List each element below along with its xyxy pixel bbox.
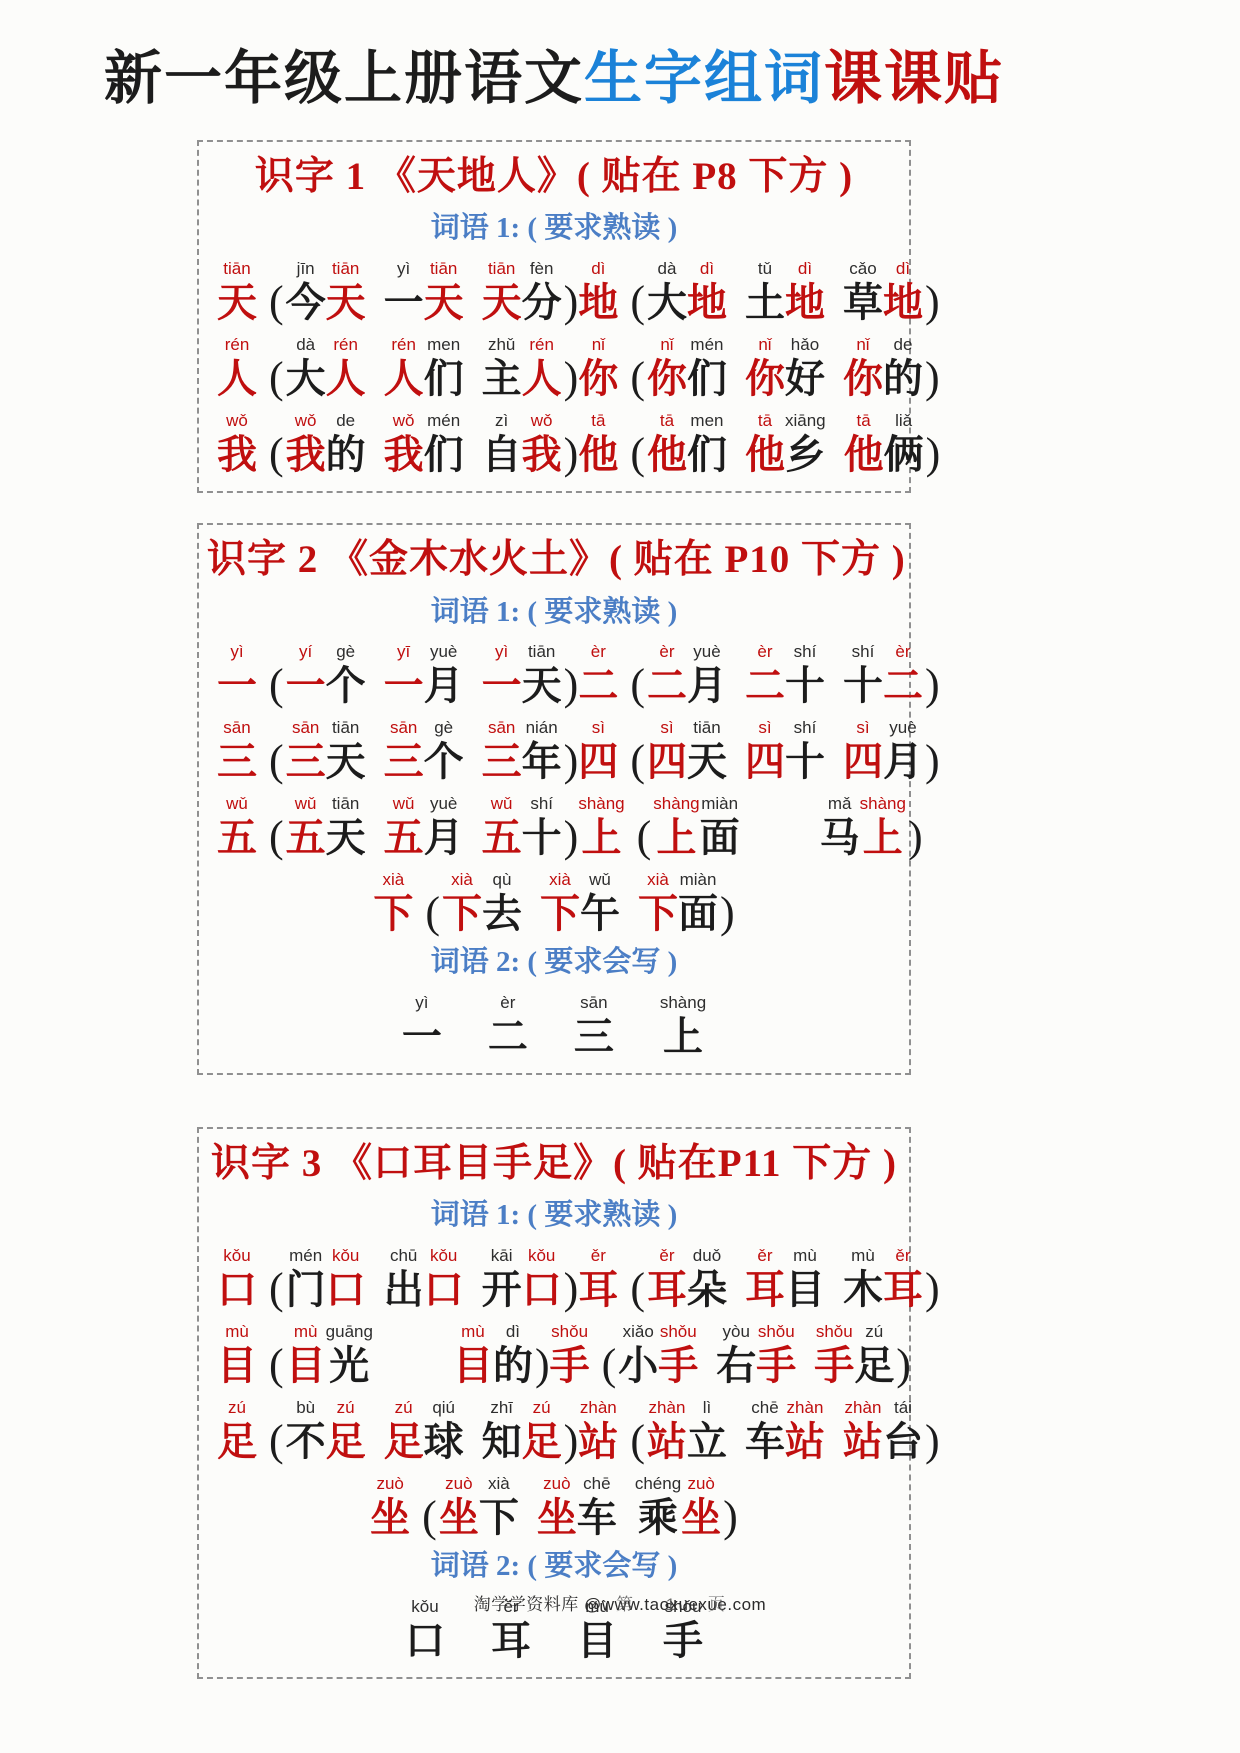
character: 天 xyxy=(326,736,366,784)
syllable: jīn今 xyxy=(286,253,326,325)
syllable: èr二 xyxy=(488,987,528,1059)
close-paren: ) xyxy=(564,814,579,860)
word: zhàn站tái台 xyxy=(843,1392,923,1464)
close-paren: ) xyxy=(564,279,579,325)
pinyin: wǔ xyxy=(295,788,317,812)
character: 五 xyxy=(286,812,326,860)
pinyin: zhàn xyxy=(845,1392,882,1416)
pinyin: chē xyxy=(751,1392,778,1416)
character: 不 xyxy=(286,1416,326,1464)
character: 地 xyxy=(687,277,727,325)
syllable: miàn面 xyxy=(700,788,740,860)
pinyin: tiān xyxy=(332,788,359,812)
character: 人 xyxy=(217,353,257,401)
word: zhǔ主rén人 xyxy=(482,329,562,401)
pinyin: chū xyxy=(390,1240,417,1264)
character: 人 xyxy=(522,353,562,401)
pinyin: tā xyxy=(758,405,772,429)
pinyin: chéng xyxy=(635,1468,681,1492)
syllable: kǒu口 xyxy=(326,1240,366,1312)
pinyin: shí xyxy=(852,636,875,660)
pinyin: shǒu xyxy=(758,1316,795,1340)
syllable: sān三 xyxy=(574,987,614,1059)
word-row: yì一(yí一gè个yī一yuè月yì一tiān天)èr二(èr二yuè月èr二… xyxy=(207,636,901,708)
word: nǐ你hǎo好 xyxy=(745,329,825,401)
syllable: wǒ我 xyxy=(286,405,326,477)
syllable: dì地 xyxy=(785,253,825,325)
pinyin: dì xyxy=(896,253,910,277)
character: 二 xyxy=(745,660,785,708)
syllable: fèn分 xyxy=(522,253,562,325)
character: 右 xyxy=(716,1340,756,1388)
syllable: nián年 xyxy=(522,712,562,784)
character: 自 xyxy=(482,429,522,477)
page-title: 新一年级上册语文生字组词课课贴 xyxy=(0,0,1108,114)
pinyin: èr xyxy=(757,636,772,660)
syllable: rén人 xyxy=(384,329,424,401)
character: 地 xyxy=(578,277,618,325)
pinyin: sì xyxy=(592,712,605,736)
syllable: gè个 xyxy=(424,712,464,784)
word-row: kǒu口(mén门kǒu口chū出kǒu口kāi开kǒu口)ěr耳(ěr耳duǒ… xyxy=(207,1240,901,1312)
character: 口 xyxy=(405,1615,445,1663)
head-syllable: zhàn站 xyxy=(578,1392,618,1464)
syllable: mǎ马 xyxy=(820,788,860,860)
syllable: tiān天 xyxy=(326,712,366,784)
pinyin: nián xyxy=(526,712,558,736)
pinyin: zuò xyxy=(687,1468,714,1492)
syllable: liǎ俩 xyxy=(884,405,924,477)
word: wǒ我mén们 xyxy=(384,405,464,477)
character: 十 xyxy=(522,812,562,860)
character: 门 xyxy=(286,1264,326,1312)
pinyin: zuò xyxy=(445,1468,472,1492)
head-syllable: shǒu手 xyxy=(550,1316,590,1388)
page-title-red: 课课贴 xyxy=(824,46,1004,111)
open-paren: ( xyxy=(630,1418,645,1464)
pinyin: zhàn xyxy=(580,1392,617,1416)
character: 们 xyxy=(687,429,727,477)
pinyin: wǒ xyxy=(393,405,415,429)
syllable: yòu右 xyxy=(716,1316,756,1388)
syllable: nǐ你 xyxy=(843,329,883,401)
pinyin: xià xyxy=(647,864,669,888)
head-syllable: zuò坐 xyxy=(370,1468,410,1540)
pinyin: dà xyxy=(296,329,315,353)
lesson-box-2: 识字 2 《金木水火土》( 贴在 P10 下方 )词语 1: ( 要求熟读 )y… xyxy=(197,523,911,1075)
pinyin: tiān xyxy=(430,253,457,277)
pinyin: shàng xyxy=(660,987,706,1011)
syllable: ěr耳 xyxy=(745,1240,785,1312)
character: 坐 xyxy=(537,1492,577,1540)
word: cǎo草dì地 xyxy=(843,253,923,325)
pinyin: guāng xyxy=(326,1316,373,1340)
word-group: rén人(dà大rén人rén人men们zhǔ主rén人) xyxy=(217,329,578,401)
pinyin: mù xyxy=(225,1316,249,1340)
pinyin: èr xyxy=(659,636,674,660)
pinyin: rén xyxy=(225,329,250,353)
pinyin: kǒu xyxy=(528,1240,555,1264)
character: 四 xyxy=(647,736,687,784)
pinyin: tā xyxy=(660,405,674,429)
syllable: shí十 xyxy=(785,712,825,784)
character: 口 xyxy=(217,1264,257,1312)
character: 十 xyxy=(785,660,825,708)
head-syllable: mù目 xyxy=(217,1316,257,1388)
syllable: xià下 xyxy=(540,864,580,936)
character: 立 xyxy=(687,1416,727,1464)
pinyin: tā xyxy=(591,405,605,429)
character: 五 xyxy=(384,812,424,860)
syllable: shǒu手 xyxy=(658,1316,698,1388)
syllable: nǐ你 xyxy=(647,329,687,401)
close-paren: ) xyxy=(535,1342,550,1388)
syllable: rén人 xyxy=(522,329,562,401)
close-paren: ) xyxy=(925,662,940,708)
close-paren: ) xyxy=(926,431,941,477)
pinyin: nǐ xyxy=(592,329,605,353)
word: sān三gè个 xyxy=(384,712,464,784)
pinyin: nǐ xyxy=(660,329,673,353)
lesson-title: 识字 2 《金木水火土》( 贴在 P10 下方 ) xyxy=(207,535,901,586)
close-paren: ) xyxy=(925,738,940,784)
word: nǐ你de的 xyxy=(843,329,923,401)
word: èr二shí十 xyxy=(745,636,825,708)
syllable: lì立 xyxy=(687,1392,727,1464)
pinyin: zú xyxy=(337,1392,355,1416)
character: 我 xyxy=(522,429,562,477)
word-group: xià下(xià下qù去xià下wǔ午xià下miàn面) xyxy=(373,864,734,936)
character: 十 xyxy=(785,736,825,784)
syllable: èr二 xyxy=(745,636,785,708)
pinyin: zú xyxy=(533,1392,551,1416)
close-paren: ) xyxy=(564,355,579,401)
character: 二 xyxy=(883,660,923,708)
pinyin: zú xyxy=(865,1316,883,1340)
character: 一 xyxy=(384,660,424,708)
syllable: gè个 xyxy=(326,636,366,708)
character: 他 xyxy=(647,429,687,477)
syllable: tiān天 xyxy=(326,788,366,860)
syllable: zhàn站 xyxy=(843,1392,883,1464)
syllable: cǎo草 xyxy=(843,253,883,325)
read-label: 词语 1: ( 要求熟读 ) xyxy=(207,208,901,249)
character: 他 xyxy=(844,429,884,477)
pinyin: dì xyxy=(700,253,714,277)
character: 坐 xyxy=(681,1492,721,1540)
pinyin: ěr xyxy=(591,1240,606,1264)
pinyin: xià xyxy=(549,864,571,888)
pinyin: wǔ xyxy=(589,864,611,888)
character: 站 xyxy=(647,1416,687,1464)
syllable: zú足 xyxy=(854,1316,894,1388)
write-label: 词语 2: ( 要求会写 ) xyxy=(207,942,901,983)
close-paren: ) xyxy=(723,1494,738,1540)
open-paren: ( xyxy=(269,1342,284,1388)
syllable: zuò坐 xyxy=(439,1468,479,1540)
character: 天 xyxy=(522,660,562,708)
character: 朵 xyxy=(687,1264,727,1312)
character: 二 xyxy=(488,1011,528,1059)
syllable: èr二 xyxy=(647,636,687,708)
character: 面 xyxy=(678,888,718,936)
word-group: tiān天(jīn今tiān天yì一tiān天tiān天fèn分) xyxy=(217,253,578,325)
pinyin: yuè xyxy=(693,636,720,660)
word: chū出kǒu口 xyxy=(384,1240,464,1312)
syllable: xiǎo小 xyxy=(618,1316,658,1388)
pinyin: cǎo xyxy=(849,253,876,277)
syllable: hǎo好 xyxy=(785,329,825,401)
pinyin: miàn xyxy=(680,864,717,888)
syllable: tǔ土 xyxy=(745,253,785,325)
character: 天 xyxy=(326,812,366,860)
character: 手 xyxy=(663,1615,703,1663)
pinyin: sì xyxy=(856,712,869,736)
word-group: zú足(bù不zú足zú足qiú球zhī知zú足) xyxy=(217,1392,578,1464)
character: 四 xyxy=(745,736,785,784)
head-syllable: èr二 xyxy=(578,636,618,708)
syllable: shí十 xyxy=(785,636,825,708)
head-syllable: shàng上 xyxy=(578,788,624,860)
syllable: dì的 xyxy=(493,1316,533,1388)
word-row: tiān天(jīn今tiān天yì一tiān天tiān天fèn分)dì地(dà大… xyxy=(207,253,901,325)
character: 俩 xyxy=(884,429,924,477)
word: tā他men们 xyxy=(647,405,727,477)
word-group: dì地(dà大dì地tǔ土dì地cǎo草dì地) xyxy=(578,253,939,325)
character: 人 xyxy=(384,353,424,401)
pinyin: tiān xyxy=(223,253,250,277)
character: 光 xyxy=(329,1340,369,1388)
pinyin: tiān xyxy=(693,712,720,736)
character: 们 xyxy=(424,353,464,401)
pinyin: zhī xyxy=(490,1392,513,1416)
pinyin: shí xyxy=(794,636,817,660)
pinyin: mén xyxy=(427,405,460,429)
open-paren: ( xyxy=(269,431,284,477)
pinyin: shǒu xyxy=(660,1316,697,1340)
lesson-title: 识字 3 《口耳目手足》( 贴在P11 下方 ) xyxy=(207,1139,901,1190)
word: sì四yuè月 xyxy=(843,712,923,784)
word: xià下qù去 xyxy=(442,864,522,936)
word: zuò坐chē车 xyxy=(537,1468,617,1540)
close-paren: ) xyxy=(925,1266,940,1312)
close-paren: ) xyxy=(925,355,940,401)
syllable: wǔ五 xyxy=(286,788,326,860)
pinyin: yí xyxy=(299,636,312,660)
word-row: sān三(sān三tiān天sān三gè个sān三nián年)sì四(sì四ti… xyxy=(207,712,901,784)
word: chē车zhàn站 xyxy=(745,1392,825,1464)
pinyin: wǔ xyxy=(226,788,248,812)
character: 们 xyxy=(687,353,727,401)
head-syllable: dì地 xyxy=(578,253,618,325)
word: mǎ马shàng上 xyxy=(820,788,906,860)
pinyin: yuè xyxy=(889,712,916,736)
syllable: chē车 xyxy=(745,1392,785,1464)
head-syllable: wǔ五 xyxy=(217,788,257,860)
word: rén人men们 xyxy=(384,329,464,401)
pinyin: sì xyxy=(758,712,771,736)
pinyin: èr xyxy=(591,636,606,660)
word: sì四tiān天 xyxy=(647,712,727,784)
character: 目 xyxy=(453,1340,493,1388)
pinyin: yuè xyxy=(430,636,457,660)
syllable: guāng光 xyxy=(326,1316,373,1388)
word: wǔ五tiān天 xyxy=(286,788,366,860)
close-paren: ) xyxy=(564,738,579,784)
word-group: wǔ五(wǔ五tiān天wǔ五yuè月wǔ五shí十) xyxy=(217,788,578,860)
head-syllable: sān三 xyxy=(217,712,257,784)
character: 台 xyxy=(883,1416,923,1464)
character: 天 xyxy=(326,277,366,325)
pinyin: yī xyxy=(397,636,410,660)
character: 手 xyxy=(550,1340,590,1388)
word-group: shàng上(shàng上miàn面mǎ马shàng上) xyxy=(578,788,922,860)
syllable: dì地 xyxy=(687,253,727,325)
pinyin: sān xyxy=(488,712,515,736)
character: 手 xyxy=(814,1340,854,1388)
pinyin: shǒu xyxy=(551,1316,588,1340)
pinyin: zì xyxy=(495,405,508,429)
word: wǔ五shí十 xyxy=(482,788,562,860)
write-row: yì一èr二sān三shàng上 xyxy=(207,987,901,1059)
character: 月 xyxy=(883,736,923,784)
word-group: sì四(sì四tiān天sì四shí十sì四yuè月) xyxy=(578,712,939,784)
syllable: mù目 xyxy=(286,1316,326,1388)
character: 面 xyxy=(700,812,740,860)
pinyin: men xyxy=(427,329,460,353)
word-row: wǒ我(wǒ我de的wǒ我mén们zì自wǒ我)tā他(tā他men们tā他xi… xyxy=(207,405,901,477)
word: chéng乘zuò坐 xyxy=(635,1468,721,1540)
syllable: mén门 xyxy=(286,1240,326,1312)
character: 他 xyxy=(745,429,785,477)
syllable: mén们 xyxy=(424,405,464,477)
character: 木 xyxy=(843,1264,883,1312)
word: mù目guāng光 xyxy=(286,1316,373,1388)
character: 车 xyxy=(745,1416,785,1464)
character: 月 xyxy=(424,812,464,860)
character: 土 xyxy=(745,277,785,325)
syllable: shàng上 xyxy=(660,987,706,1059)
head-syllable: xià下 xyxy=(373,864,413,936)
pinyin: shí xyxy=(794,712,817,736)
character: 的 xyxy=(326,429,366,477)
word: dà大dì地 xyxy=(647,253,727,325)
close-paren: ) xyxy=(564,1418,579,1464)
character: 下 xyxy=(442,888,482,936)
pinyin: sān xyxy=(580,987,607,1011)
word-group: zhàn站(zhàn站lì立chē车zhàn站zhàn站tái台) xyxy=(578,1392,939,1464)
pinyin: mù xyxy=(461,1316,485,1340)
character: 足 xyxy=(384,1416,424,1464)
close-paren: ) xyxy=(564,431,579,477)
character: 一 xyxy=(217,660,257,708)
pinyin: yì xyxy=(495,636,508,660)
close-paren: ) xyxy=(720,890,735,936)
word: shǒu手zú足 xyxy=(814,1316,894,1388)
character: 二 xyxy=(647,660,687,708)
character: 分 xyxy=(522,277,562,325)
character: 四 xyxy=(843,736,883,784)
word: wǒ我de的 xyxy=(286,405,366,477)
syllable: ěr耳 xyxy=(883,1240,923,1312)
pinyin: dà xyxy=(658,253,677,277)
character: 手 xyxy=(756,1340,796,1388)
pinyin: mù xyxy=(793,1240,817,1264)
character: 上 xyxy=(863,812,903,860)
read-label: 词语 1: ( 要求熟读 ) xyxy=(207,592,901,633)
character: 耳 xyxy=(647,1264,687,1312)
pinyin: gè xyxy=(434,712,453,736)
pinyin: zhàn xyxy=(649,1392,686,1416)
word-group: shǒu手(xiǎo小shǒu手yòu右shǒu手shǒu手zú足) xyxy=(550,1316,911,1388)
word: xià下wǔ午 xyxy=(540,864,620,936)
syllable: de的 xyxy=(883,329,923,401)
word: mén门kǒu口 xyxy=(286,1240,366,1312)
word: yòu右shǒu手 xyxy=(716,1316,796,1388)
syllable: mù目 xyxy=(785,1240,825,1312)
syllable: bù不 xyxy=(286,1392,326,1464)
character: 天 xyxy=(424,277,464,325)
character: 他 xyxy=(578,429,618,477)
open-paren: ( xyxy=(630,279,645,325)
syllable: xià下 xyxy=(479,1468,519,1540)
syllable: sān三 xyxy=(286,712,326,784)
character: 人 xyxy=(326,353,366,401)
pinyin: xià xyxy=(451,864,473,888)
syllable: duǒ朵 xyxy=(687,1240,727,1312)
head-syllable: nǐ你 xyxy=(578,329,618,401)
syllable: men们 xyxy=(687,405,727,477)
pinyin: shàng xyxy=(860,788,906,812)
character: 足 xyxy=(326,1416,366,1464)
syllable: dì地 xyxy=(883,253,923,325)
syllable: zì自 xyxy=(482,405,522,477)
character: 耳 xyxy=(578,1264,618,1312)
pinyin: zuò xyxy=(543,1468,570,1492)
open-paren: ( xyxy=(630,1266,645,1312)
word: zuò坐xià下 xyxy=(439,1468,519,1540)
pinyin: chē xyxy=(583,1468,610,1492)
word: ěr耳mù目 xyxy=(745,1240,825,1312)
character: 站 xyxy=(785,1416,825,1464)
character: 一 xyxy=(402,1011,442,1059)
head-syllable: sì四 xyxy=(578,712,618,784)
syllable: tā他 xyxy=(745,405,785,477)
character: 足 xyxy=(522,1416,562,1464)
syllable: tiān天 xyxy=(326,253,366,325)
pinyin: qù xyxy=(493,864,512,888)
footer-text: 淘学学资料库 @www.taoxuexue.com xyxy=(474,1595,766,1614)
head-syllable: rén人 xyxy=(217,329,257,401)
character: 目 xyxy=(217,1340,257,1388)
character: 我 xyxy=(217,429,257,477)
pinyin: tái xyxy=(894,1392,912,1416)
syllable: yuè月 xyxy=(883,712,923,784)
pinyin: yuè xyxy=(430,788,457,812)
pinyin: gè xyxy=(336,636,355,660)
syllable: yì一 xyxy=(482,636,522,708)
word-row: zú足(bù不zú足zú足qiú球zhī知zú足)zhàn站(zhàn站lì立c… xyxy=(207,1392,901,1464)
syllable: shàng上 xyxy=(860,788,906,860)
head-syllable: tā他 xyxy=(578,405,618,477)
syllable: yī一 xyxy=(384,636,424,708)
character: 一 xyxy=(482,660,522,708)
pinyin: mǎ xyxy=(828,788,852,812)
word: èr二yuè月 xyxy=(647,636,727,708)
syllable: wǔ午 xyxy=(580,864,620,936)
pinyin: wǒ xyxy=(226,405,248,429)
syllable: wǔ五 xyxy=(482,788,522,860)
